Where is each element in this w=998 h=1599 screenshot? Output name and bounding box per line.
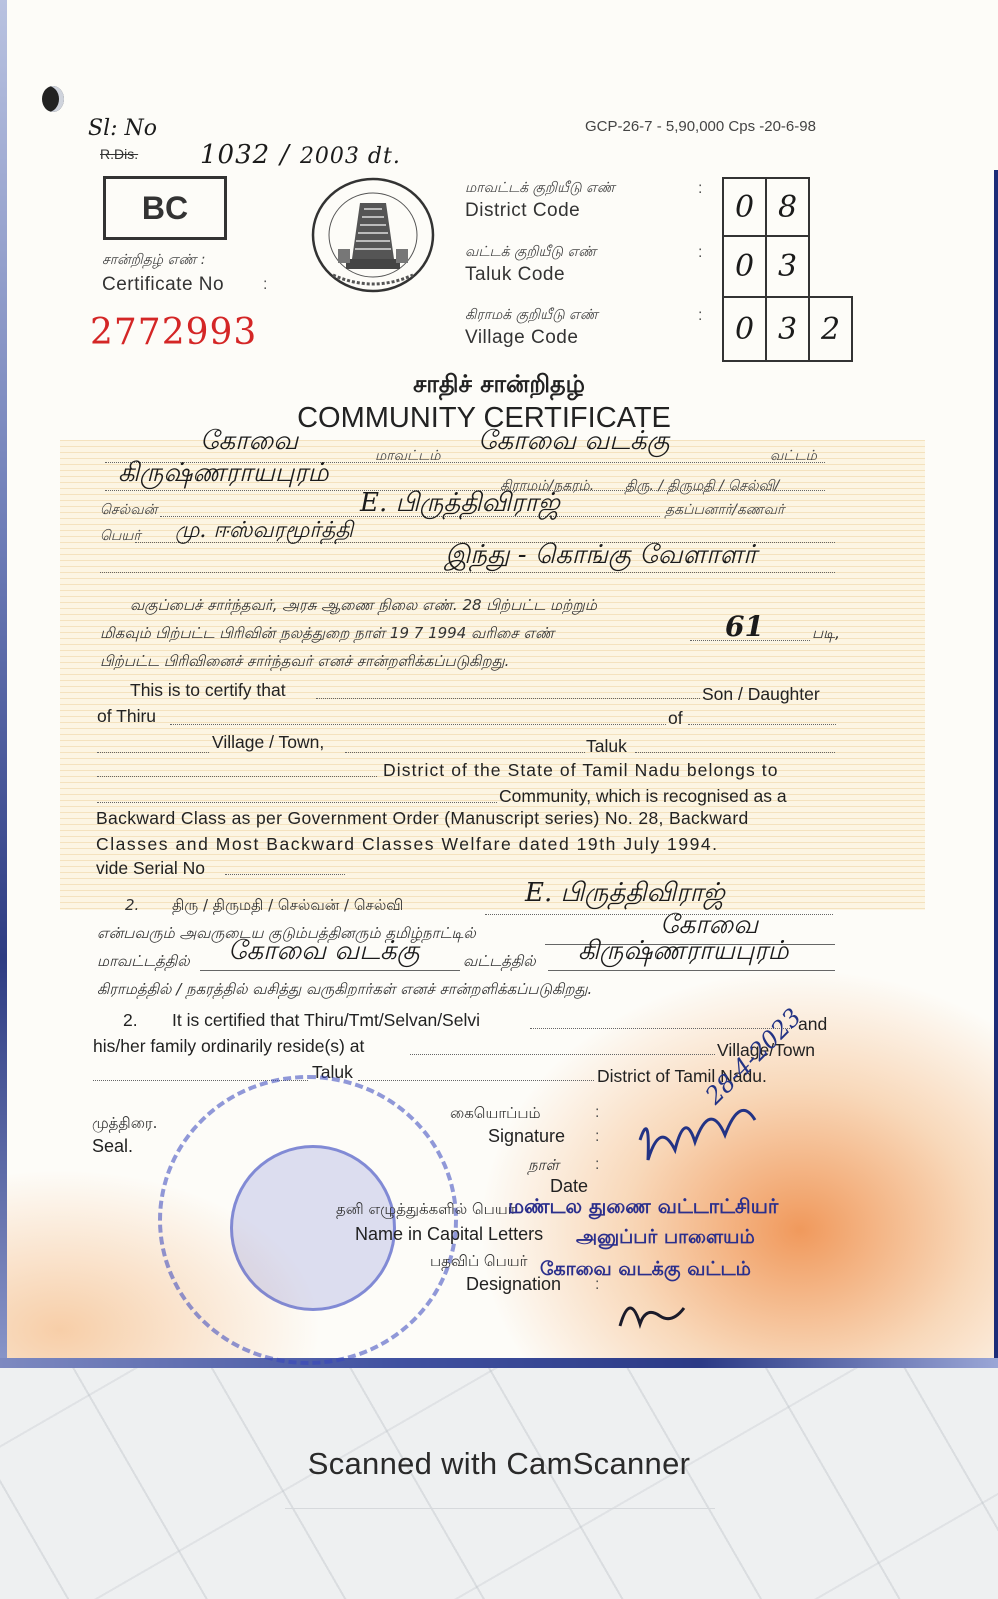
residence-number: 2.	[125, 896, 139, 914]
residence-en-line: his/her family ordinarily reside(s) at	[93, 1036, 364, 1057]
fill-line	[548, 970, 835, 971]
seal-label-tamil: முத்திரை.	[92, 1114, 157, 1134]
taluk-code-digit: 0	[722, 235, 767, 298]
taluk-code-label: Taluk Code	[465, 264, 565, 286]
scanned-certificate-page: Sl: No R.Dis. 1032/2003 dt. BC சான்றிதழ்…	[0, 0, 998, 1368]
punch-hole-icon	[42, 86, 64, 112]
name-label-tamil: தனி எழுத்துக்களில் பெயர்	[336, 1200, 516, 1220]
scan-edge-right	[994, 170, 998, 1368]
fill-line	[690, 640, 810, 641]
fill-line	[635, 752, 835, 753]
district-label-tamil: மாவட்டம்	[375, 448, 441, 466]
district-code-digit: 0	[722, 177, 767, 237]
english-line: Taluk	[586, 736, 627, 757]
reference-number: 1032/2003 dt.	[200, 140, 401, 170]
designation-label-tamil: பதவிப் பெயர்	[430, 1252, 527, 1272]
village-code-label: Village Code	[465, 327, 578, 349]
residence-village-value: கிருஷ்ணராயபுரம்	[578, 936, 789, 969]
parent-label-tamil: தகப்பனார்/கணவர்	[665, 502, 784, 520]
fill-line	[225, 874, 345, 875]
title-tamil: சாதிச் சான்றிதழ்	[0, 370, 998, 401]
english-line: Community, which is recognised as a	[499, 786, 787, 807]
fill-line	[170, 724, 666, 725]
fill-line	[485, 914, 833, 915]
fill-line	[97, 776, 377, 777]
village-code-digit: 0	[722, 296, 767, 362]
district-value: கோவை	[200, 426, 298, 459]
residence-taluk-value: கோவை வடக்கு	[228, 936, 420, 969]
english-line: District of the State of Tamil Nadu belo…	[383, 760, 779, 781]
taluk-code-label-tamil: வட்டக் குறியீடு எண்	[465, 244, 596, 262]
serial-number-value: 61	[725, 610, 764, 643]
colon: :	[595, 1128, 599, 1146]
rubber-stamp-taluk: கோவை வடக்கு வட்டம்	[540, 1258, 751, 1283]
person-name: E. பிருத்திவிராஜ்	[360, 488, 560, 521]
fill-line	[358, 1080, 594, 1081]
taluk-label-tamil: வட்டம்	[770, 448, 817, 466]
fill-line	[97, 752, 209, 753]
village-value: கிருஷ்ணராயபுரம்	[118, 458, 329, 491]
print-code: GCP-26-7 - 5,90,000 Cps -20-6-98	[585, 118, 816, 135]
village-code-label-tamil: கிராமக் குறியீடு எண்	[465, 307, 598, 325]
certificate-number: 2772993	[90, 312, 257, 353]
fill-line	[316, 698, 700, 699]
village-code-digit: 2	[808, 296, 853, 362]
certificate-no-label-tamil: சான்றிதழ் எண் :	[102, 252, 205, 270]
tamil-paragraph-suffix: படி,	[812, 624, 840, 644]
residence-line: வட்டத்தில்	[463, 952, 536, 972]
english-line: of	[668, 708, 683, 729]
date-label-tamil: நாள்	[528, 1156, 559, 1176]
rubber-stamp-designation: மண்டல துணை வட்டாட்சியர்	[508, 1194, 778, 1221]
community-value: இந்து - கொங்கு வேளாளர்	[445, 540, 757, 573]
fill-line	[345, 752, 585, 753]
colon: :	[698, 307, 702, 325]
colon: :	[595, 1156, 599, 1174]
residence-en-number: 2.	[123, 1010, 138, 1031]
fill-line	[530, 1028, 792, 1029]
parent-name: மு. ஈஸ்வரமூர்த்தி	[175, 518, 353, 546]
residence-en-line: It is certified that Thiru/Tmt/Selvan/Se…	[172, 1010, 480, 1031]
english-line: Son / Daughter	[702, 684, 820, 705]
taluk-value: கோவை வடக்கு	[478, 426, 670, 459]
camscanner-footer	[0, 1368, 998, 1599]
residence-person-name: E. பிருத்திவிராஜ்	[525, 878, 725, 911]
rdis-label: R.Dis.	[100, 146, 138, 162]
colon: :	[595, 1104, 599, 1122]
initials-signature-icon	[612, 1286, 692, 1336]
tamil-paragraph-line: வகுப்பைச் சார்ந்தவர், அரசு ஆணை நிலை எண்.…	[130, 596, 597, 616]
certificate-no-label: Certificate No	[102, 274, 224, 296]
category-box: BC	[103, 176, 227, 240]
handwritten-signature-icon	[630, 1080, 870, 1190]
sl-no-label: Sl: No	[88, 116, 157, 141]
fill-line	[97, 802, 497, 803]
selvan-label: செல்வன்	[100, 502, 157, 520]
english-line: vide Serial No	[96, 858, 205, 879]
district-code-label: District Code	[465, 200, 580, 222]
seal-label: Seal.	[92, 1136, 133, 1157]
name-label-tamil: பெயர்	[100, 528, 141, 546]
english-line: Village / Town,	[212, 732, 324, 753]
fill-line	[200, 970, 460, 971]
footer-pattern	[0, 1368, 998, 1599]
salutations-tamil: திரு. / திருமதி / செல்வி/	[625, 478, 779, 496]
fill-line	[410, 1054, 715, 1055]
district-code-label-tamil: மாவட்டக் குறியீடு எண்	[465, 180, 615, 198]
scan-edge-left	[0, 0, 7, 1368]
english-line: Backward Class as per Government Order (…	[96, 808, 749, 829]
village-code-digit: 3	[765, 296, 810, 362]
fill-line	[688, 724, 836, 725]
footer-divider	[285, 1508, 715, 1509]
signature-label-tamil: கையொப்பம்	[450, 1104, 541, 1124]
residence-salutations: திரு / திருமதி / செல்வன் / செல்வி	[172, 896, 403, 916]
colon: :	[698, 180, 702, 198]
english-line: Classes and Most Backward Classes Welfar…	[96, 834, 719, 855]
taluk-code-digit: 3	[765, 235, 810, 298]
colon: :	[263, 276, 267, 294]
name-in-capitals-label: Name in Capital Letters	[355, 1224, 543, 1245]
rubber-stamp-location: அனுப்பர் பாளையம்	[576, 1226, 755, 1251]
scan-edge-bottom	[0, 1358, 998, 1368]
colon: :	[698, 244, 702, 262]
residence-line: கிராமத்தில் / நகரத்தில் வசித்து வருகிறார…	[97, 980, 592, 1000]
tamil-paragraph-line: மிகவும் பிற்பட்ட பிரிவின் நலத்துறை நாள் …	[100, 624, 554, 644]
english-line: of Thiru	[97, 706, 156, 727]
tamil-nadu-emblem-icon	[308, 175, 438, 295]
district-code-digit: 8	[765, 177, 810, 237]
english-line: This is to certify that	[130, 680, 286, 701]
signature-label: Signature	[488, 1126, 565, 1147]
camscanner-watermark: Scanned with CamScanner	[0, 1446, 998, 1482]
tamil-paragraph-line: பிற்பட்ட பிரிவினைச் சார்ந்தவர் எனச் சான்…	[100, 652, 509, 672]
residence-line: மாவட்டத்தில்	[97, 952, 190, 972]
